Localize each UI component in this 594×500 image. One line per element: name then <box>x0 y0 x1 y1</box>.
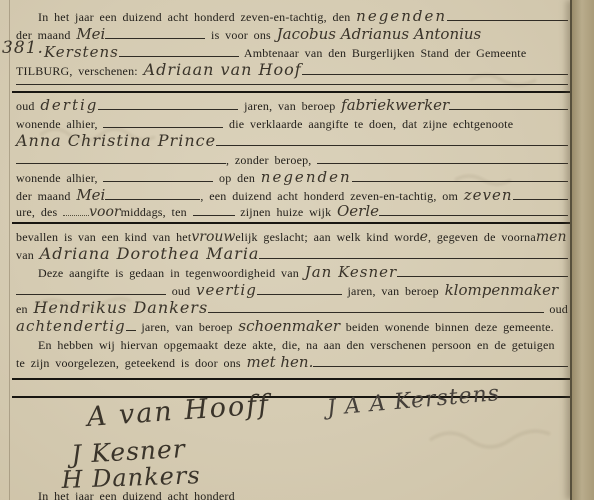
blank-line <box>216 141 568 146</box>
form-line: oud veertig jaren, van beroep klompenmak… <box>16 280 568 298</box>
handwritten-text: met hen. <box>246 355 313 370</box>
handwritten-text: vrouw <box>191 230 235 244</box>
handwritten-text: Adriana Dorothea Maria <box>40 246 260 262</box>
handwritten-text: Oerle <box>337 204 379 219</box>
form-line: wonende alhier, die verklaarde aangifte … <box>16 113 568 131</box>
printed-text: te zijn voorgelezen, geteekend is door o… <box>16 356 246 370</box>
form-line: ure, des voormiddags, ten zijnen huize w… <box>16 203 568 219</box>
printed-text: middags, ten <box>121 205 193 219</box>
handwritten-text: Jan Kesner <box>305 265 397 280</box>
form-line: Deze aangifte is gedaan in tegenwoordigh… <box>16 262 568 280</box>
form-line: , zonder beroep, <box>16 149 568 167</box>
printed-text: , zonder beroep, <box>226 153 317 167</box>
blank-line <box>513 195 569 200</box>
next-act-preview: In het jaar een duizend acht honderd <box>38 489 235 500</box>
blank-line <box>317 159 568 164</box>
form-line: TILBURG, verschenen: Adriaan van Hoof <box>16 60 568 78</box>
form-line: En hebben wij hiervan opgemaakt deze akt… <box>16 334 568 352</box>
printed-text: zijnen huize wijk <box>235 205 337 219</box>
handwritten-text: zeven <box>464 188 513 203</box>
section-divider <box>12 91 572 93</box>
printed-text: In het jaar een duizend acht honderd zev… <box>38 10 356 24</box>
printed-text: TILBURG, verschenen: <box>16 64 144 78</box>
handwritten-text: dertig <box>40 98 98 113</box>
printed-text: jaren, van beroep <box>136 320 239 334</box>
handwritten-text: achtendertig <box>16 319 126 334</box>
handwritten-text: veertig <box>196 283 257 298</box>
printed-text: wonende alhier, <box>16 117 103 131</box>
printed-text: ure, des <box>16 205 63 219</box>
blank-line <box>16 159 226 164</box>
printed-text: der maand <box>16 189 76 203</box>
handwritten-text: fabriekwerker <box>341 98 449 113</box>
handwritten-text: e <box>420 230 428 244</box>
blank-line <box>379 211 568 216</box>
handwritten-text: Adriaan van Hoof <box>144 62 302 78</box>
blank-line <box>119 52 239 57</box>
handwritten-text: Hendrikus Dankers <box>33 300 208 316</box>
printed-text: is voor ons <box>205 28 276 42</box>
signature-witness-2: H Dankers <box>61 463 201 492</box>
form-line: oud dertig jaren, van beroep fabriekwerk… <box>16 95 568 113</box>
handwritten-text: negenden <box>356 9 447 24</box>
blank-line <box>16 290 166 295</box>
blank-line <box>105 34 205 39</box>
printed-text: van <box>16 248 40 262</box>
printed-text: en <box>16 302 33 316</box>
printed-text: oud <box>166 284 196 298</box>
form-line: achtendertig jaren, van beroep schoenmak… <box>16 316 568 334</box>
handwritten-text: Jacobus Adrianus Antonius <box>277 27 482 42</box>
printed-text: op den <box>213 171 260 185</box>
blank-line <box>103 123 223 128</box>
form-line: der maand Mei is voor ons Jacobus Adrian… <box>16 24 568 42</box>
form-line: en Hendrikus Dankers oud <box>16 298 568 316</box>
blank-line <box>103 177 213 182</box>
blank-line <box>447 16 568 21</box>
page-edge <box>570 0 594 500</box>
handwritten-text: negenden <box>261 170 352 185</box>
handwritten-text: Anna Christina Prince <box>16 133 216 149</box>
printed-text: oud <box>544 302 568 316</box>
printed-text: elijk geslacht; aan welk kind word <box>235 230 419 244</box>
printed-text: En hebben wij hiervan opgemaakt deze akt… <box>38 338 555 352</box>
blank-line <box>259 254 568 259</box>
blank-line <box>397 272 568 277</box>
form-line <box>16 78 568 88</box>
printed-text: wonende alhier, <box>16 171 103 185</box>
printed-text: jaren, van beroep <box>342 284 445 298</box>
handwritten-text: Kerstens <box>44 45 119 60</box>
blank-line <box>352 177 568 182</box>
handwritten-text: schoenmaker <box>238 319 340 334</box>
handwritten-text: klompenmaker <box>445 283 559 298</box>
blank-line <box>193 211 235 216</box>
printed-text: , gegeven de voorna <box>428 230 536 244</box>
handwritten-text: men <box>536 230 567 244</box>
handwritten-text: Mei <box>76 27 105 42</box>
printed-text: bevallen is van een kind van het <box>16 230 191 244</box>
blank-line <box>105 195 200 200</box>
form-lines: In het jaar een duizend acht honderd zev… <box>16 6 568 400</box>
blank-line <box>98 105 238 110</box>
handwritten-text: voor <box>89 205 120 219</box>
printed-text: beiden wonende binnen deze gemeente. <box>340 320 554 334</box>
printed-text: , een duizend acht honderd zeven-en-tach… <box>200 189 463 203</box>
section-divider <box>12 378 572 380</box>
printed-text: die verklaarde aangifte te doen, dat zij… <box>223 117 513 131</box>
form-line: te zijn voorgelezen, geteekend is door o… <box>16 352 568 370</box>
blank-line <box>302 70 568 75</box>
form-line: van Adriana Dorothea Maria <box>16 244 568 262</box>
printed-text: Deze aangifte is gedaan in tegenwoordigh… <box>38 266 305 280</box>
form-line: der maand Mei, een duizend acht honderd … <box>16 185 568 203</box>
dotted-blank-line <box>63 211 89 216</box>
blank-line <box>16 80 568 85</box>
printed-text: jaren, van beroep <box>238 99 341 113</box>
blank-line <box>208 308 544 313</box>
birth-certificate-page: 381. In het jaar een duizend acht honder… <box>0 0 594 500</box>
form-line: Anna Christina Prince <box>16 131 568 149</box>
blank-line <box>126 326 136 331</box>
ledger-margin-rule <box>9 0 10 500</box>
form-line: In het jaar een duizend acht honderd zev… <box>16 6 568 24</box>
form-line: Kerstens Ambtenaar van den Burgerlijken … <box>16 42 568 60</box>
blank-line <box>257 290 342 295</box>
form-line: wonende alhier, op den negenden <box>16 167 568 185</box>
blank-line <box>313 362 568 367</box>
form-line: bevallen is van een kind van hetvrouweli… <box>16 226 568 244</box>
handwritten-text: Mei <box>76 188 105 203</box>
printed-text: oud <box>16 99 40 113</box>
printed-text: Ambtenaar van den Burgerlijken Stand der… <box>239 46 527 60</box>
printed-text: der maand <box>16 28 76 42</box>
blank-line <box>449 105 568 110</box>
section-divider <box>12 222 572 224</box>
